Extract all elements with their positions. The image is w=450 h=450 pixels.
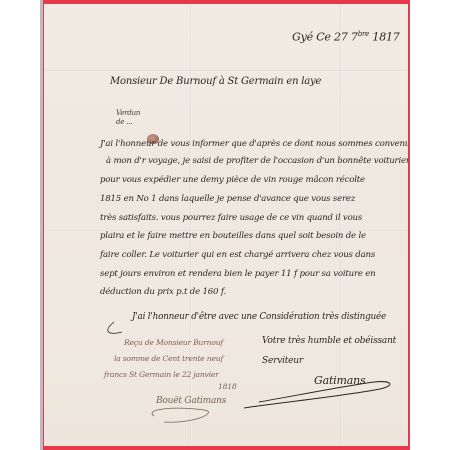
frame-shadow xyxy=(40,0,43,450)
signature-flourish-icon xyxy=(44,4,408,446)
letter-paper: Gyé Ce 27 7bre 1817 Monsieur De Burnouf … xyxy=(44,4,408,446)
